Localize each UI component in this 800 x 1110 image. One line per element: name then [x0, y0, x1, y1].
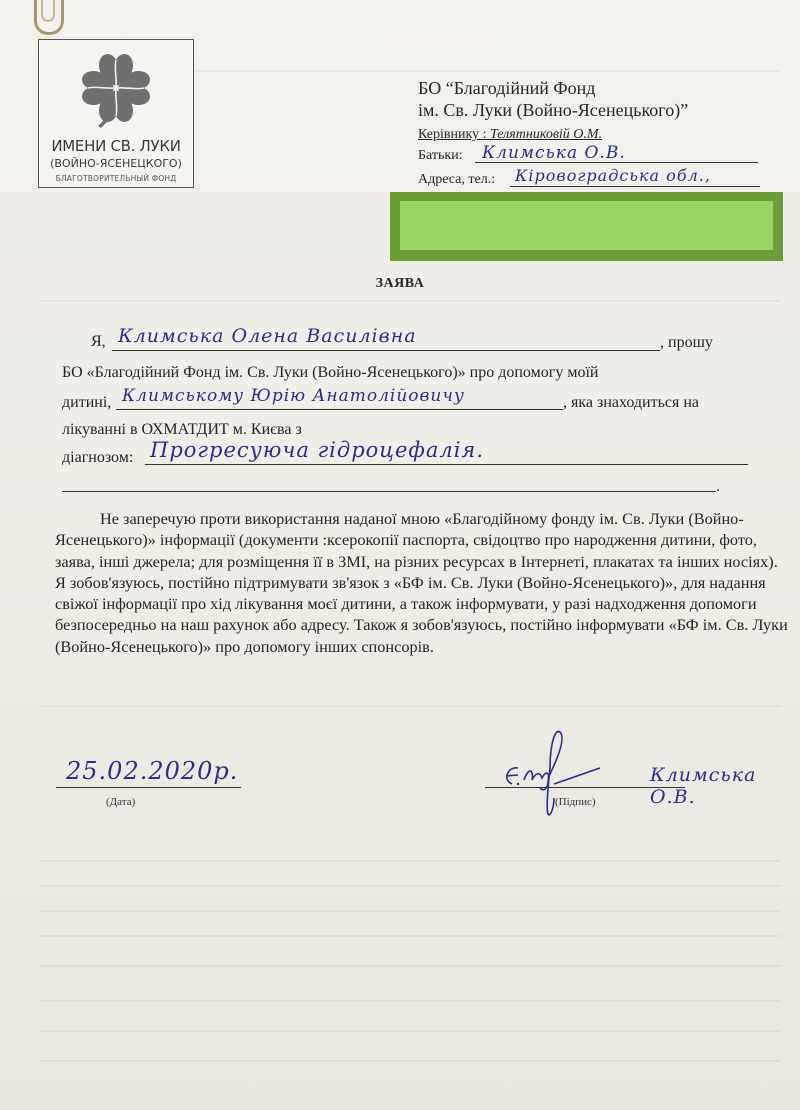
director-line: Керівнику : Телятниковій О.М. — [418, 127, 602, 143]
parents-label: Батьки: — [418, 148, 463, 163]
bleed-line — [40, 910, 780, 912]
bleed-line — [40, 1060, 780, 1062]
bleed-line — [40, 300, 780, 302]
date-underline — [56, 787, 241, 788]
paperclip-inner — [41, 0, 55, 22]
org-request-line: БО «Благодійний Фонд ім. Св. Луки (Войно… — [62, 364, 598, 382]
foundation-logo: ИМЕНИ СВ. ЛУКИ (ВОЙНО-ЯСЕНЕЦКОГО) БЛАГОТ… — [38, 39, 194, 188]
consent-text: Не заперечую проти використання наданої … — [55, 508, 790, 657]
address-value[interactable]: Кіровоградська обл., — [515, 166, 711, 185]
document-title: ЗАЯВА — [0, 276, 800, 292]
address-underline — [510, 186, 760, 187]
period: . — [716, 478, 720, 496]
consent-paragraph: Не заперечую проти використання наданої … — [55, 508, 790, 657]
date-value[interactable]: 25.02.2020р. — [66, 757, 238, 785]
bleed-line — [40, 885, 780, 887]
diagnosis-value[interactable]: Прогресуюча гідроцефалія. — [150, 438, 484, 462]
child-suffix: , яка знаходиться на — [563, 394, 699, 412]
date-caption: (Дата) — [106, 796, 135, 808]
bleed-line — [40, 705, 780, 707]
applicant-underline — [112, 350, 660, 351]
child-label: дитині, — [62, 394, 111, 412]
i-label: Я, — [91, 333, 106, 351]
parents-value[interactable]: Климська О.В. — [482, 143, 626, 163]
child-name[interactable]: Климському Юрію Анатолійовичу — [122, 386, 465, 406]
director-label: Керівнику : — [418, 127, 487, 142]
signature-scribble-icon — [488, 728, 618, 818]
child-underline — [116, 409, 563, 410]
request-suffix: , прошу — [660, 334, 713, 352]
signature-caption: (Підпис) — [555, 796, 596, 808]
diagnosis-label: діагнозом: — [62, 449, 133, 467]
director-name: Телятниковій О.М. — [490, 127, 602, 142]
parents-line: Батьки: — [418, 148, 463, 164]
address-label: Адреса, тел.: — [418, 172, 495, 187]
bleed-line — [40, 935, 780, 937]
logo-tagline: БЛАГОТВОРИТЕЛЬНЫЙ ФОНД — [39, 174, 193, 183]
hospital-line: лікуванні в ОХМАТДИТ м. Києва з — [62, 421, 302, 439]
bleed-line — [40, 860, 780, 862]
org-name-line2: ім. Св. Луки (Войно-Ясенецького)” — [418, 100, 688, 121]
address-line: Адреса, тел.: — [418, 172, 495, 188]
bleed-line — [40, 1030, 780, 1032]
four-leaf-clover-icon — [74, 46, 158, 130]
applicant-name[interactable]: Климська Олена Василівна — [118, 325, 417, 347]
diagnosis-underline-2 — [62, 491, 716, 492]
bleed-line — [40, 1000, 780, 1002]
org-name-line1: БО “Благодійний Фонд — [418, 78, 595, 99]
redaction-box-inner — [400, 201, 773, 250]
logo-subtitle: (ВОЙНО-ЯСЕНЕЦКОГО) — [39, 157, 193, 170]
diagnosis-underline — [145, 464, 748, 465]
bleed-line — [40, 965, 780, 967]
logo-title: ИМЕНИ СВ. ЛУКИ — [39, 137, 193, 155]
signature-name[interactable]: Климська О.В. — [650, 764, 800, 808]
